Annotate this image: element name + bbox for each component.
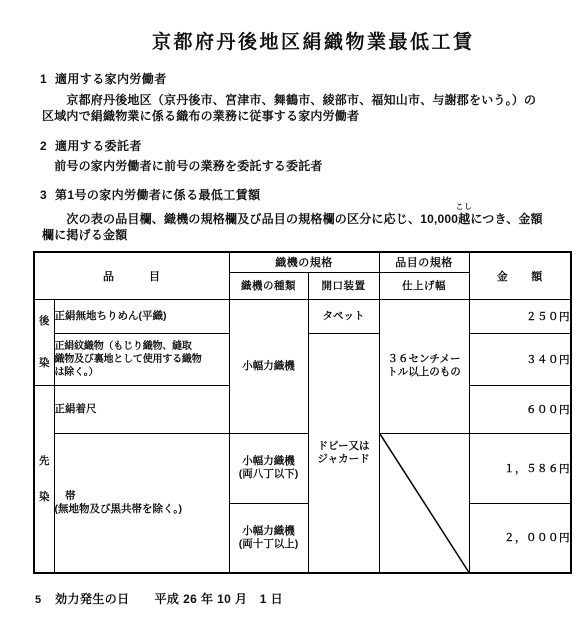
section-3-body-pre: 次の表の品目欄、織機の規格欄及び品目の規格欄の区分に応じ、10,000 xyxy=(42,212,458,226)
footer-label: 効力発生の日 xyxy=(55,592,129,606)
amount-cell: ２，０００円 xyxy=(469,503,571,573)
header-shedding-device: 開口装置 xyxy=(308,272,379,299)
section-3-number: 3 xyxy=(40,188,55,202)
ruby-base: こし越 xyxy=(458,212,470,226)
section-1-number: 1 xyxy=(40,72,55,86)
section-1-body: 京都府丹後地区（京丹後市、宮津市、舞鶴市、綾部市、福知山市、与謝郡をいう。）の … xyxy=(42,92,574,124)
section-3-heading: 3第1号の家内労働者に係る最低工賃額 xyxy=(40,186,260,203)
diagonal-empty-cell xyxy=(379,433,469,573)
amount-cell: １，５８６円 xyxy=(469,433,571,503)
footer-number: 5 xyxy=(35,594,41,606)
loom-type-cell: 小幅力織機 xyxy=(229,299,308,433)
header-finish-width: 仕上げ幅 xyxy=(379,272,469,299)
section-2-heading: 2適用する委託者 xyxy=(40,137,142,154)
section-2-number: 2 xyxy=(40,139,55,153)
table-row: 帯 (無地物及び黒共帯を除く。) 小幅力織機 (両八丁以下) １，５８６円 xyxy=(34,433,571,503)
header-item: 品 目 xyxy=(34,252,229,299)
section-1-heading-text: 適用する家内労働者 xyxy=(55,72,167,86)
page-title: 京都府丹後地区絹織物業最低工賃 xyxy=(152,27,475,54)
section-3-heading-text: 第1号の家内労働者に係る最低工賃額 xyxy=(55,188,260,202)
furigana-text: こし xyxy=(456,203,473,211)
table-row: 後 染 正絹無地ちりめん(平織) 小幅力織機 タペット ３６センチメー トル以上… xyxy=(34,299,571,333)
section-3-body: 次の表の品目欄、織機の規格欄及び品目の規格欄の区分に応じ、10,000こし越につ… xyxy=(42,211,574,243)
loom-type-cell: 小幅力織機 (両十丁以上) xyxy=(229,503,308,573)
item-cell: 正絹着尺 xyxy=(54,385,229,433)
shedding-cell: ドビー又は ジャカード xyxy=(308,333,379,573)
item-cell: 正絹無地ちりめん(平織) xyxy=(54,299,229,333)
section-2-body: 前号の家内労働者に前号の業務を委託する委託者 xyxy=(42,158,574,174)
header-loom-spec: 織機の規格 xyxy=(229,252,379,272)
amount-cell: ６００円 xyxy=(469,385,571,433)
dye-group-before-dye: 先 染 xyxy=(34,385,54,573)
item-cell: 帯 (無地物及び黒共帯を除く。) xyxy=(54,433,229,573)
section-1-heading: 1適用する家内労働者 xyxy=(40,70,167,87)
finish-width-cell: ３６センチメー トル以上のもの xyxy=(379,299,469,433)
diagonal-line xyxy=(380,434,469,573)
amount-cell: ３４０円 xyxy=(469,333,571,385)
effective-date: 平成 26 年 10 月 1 日 xyxy=(155,592,283,606)
header-loom-type: 織機の種類 xyxy=(229,272,308,299)
dye-group-after-dye: 後 染 xyxy=(34,299,54,385)
section-2-heading-text: 適用する委託者 xyxy=(55,139,142,153)
shedding-cell: タペット xyxy=(308,299,379,333)
amount-cell: ２５０円 xyxy=(469,299,571,333)
minimum-wage-table: 品 目 織機の規格 品目の規格 金 額 織機の種類 開口装置 仕上げ幅 後 染 … xyxy=(33,251,572,574)
header-item-spec: 品目の規格 xyxy=(379,252,469,272)
item-cell: 正絹紋織物（もじり織物、縫取 織物及び裏地として使用する織物 は除く。） xyxy=(54,333,229,385)
effective-date-line: 5効力発生の日平成 26 年 10 月 1 日 xyxy=(35,590,283,607)
loom-type-cell: 小幅力織機 (両八丁以下) xyxy=(229,433,308,503)
table-header-row-1: 品 目 織機の規格 品目の規格 金 額 xyxy=(34,252,571,272)
header-amount: 金 額 xyxy=(469,252,571,299)
